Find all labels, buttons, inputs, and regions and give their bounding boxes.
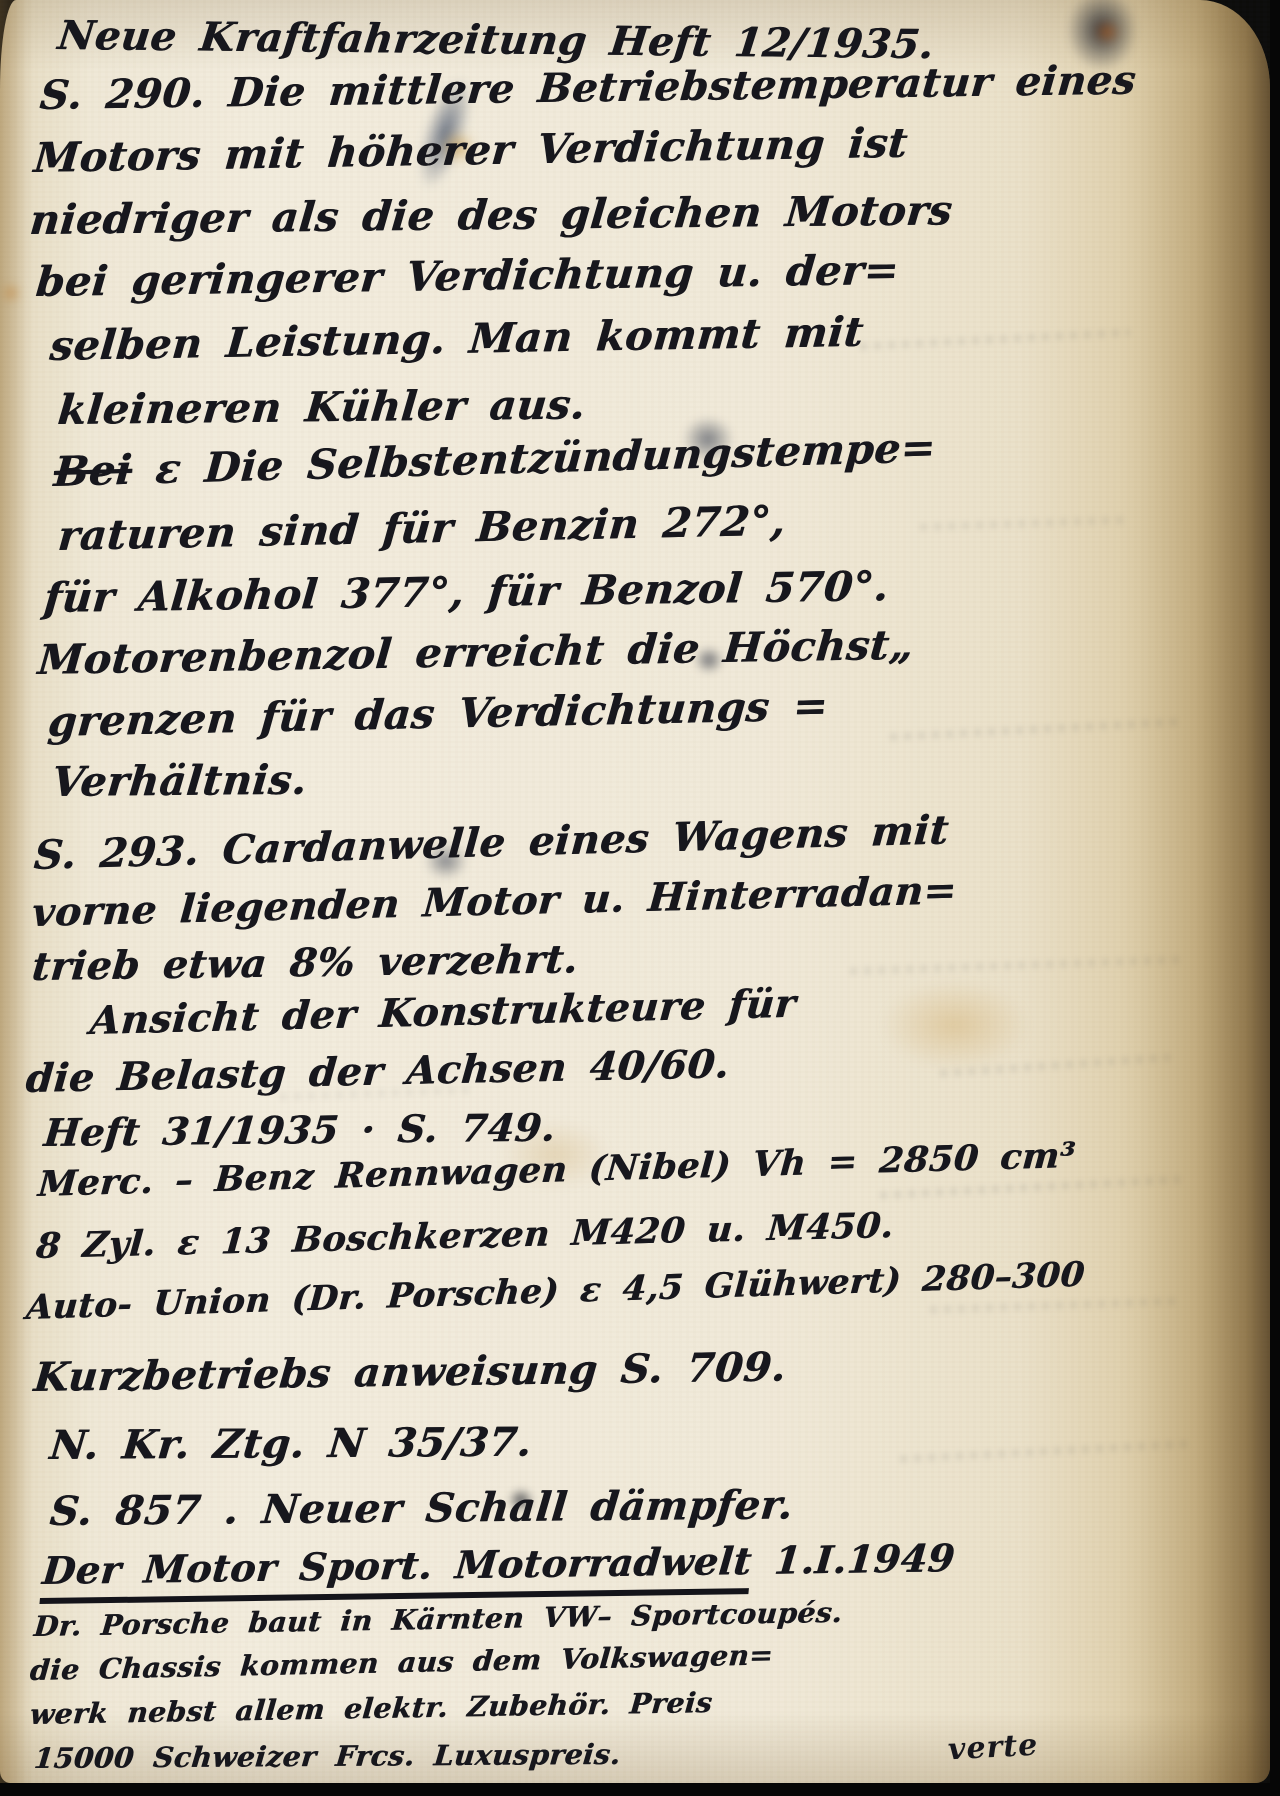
handwritten-text: Dr. Porsche baut in Kärnten VW– Sportcou…	[33, 1596, 844, 1643]
handwritten-text: trieb etwa 8% verzehrt.	[30, 936, 580, 990]
handwritten-line: Motors mit höherer Verdichtung ist	[32, 119, 910, 182]
handwritten-line: kleineren Kühler aus.	[56, 380, 588, 434]
handwritten-text: Auto- Union (Dr. Porsche) ε 4,5 Glühwert…	[25, 1255, 1087, 1328]
handwritten-line: S. 857 . Neuer Schall dämpfer.	[48, 1481, 795, 1535]
handwritten-line: raturen sind für Benzin 272°,	[56, 497, 788, 560]
underlined-text: Der Motor Sport. Motorradwelt	[39, 1538, 753, 1604]
handwritten-line: 15000 Schweizer Frcs. Luxuspreis.	[32, 1738, 622, 1775]
handwritten-line: Neue Kraftfahrzeitung Heft 12/1935.	[55, 12, 936, 68]
handwritten-text: Kurzbetriebs anweisung S. 709.	[32, 1343, 788, 1401]
page-edge-curl	[1120, 0, 1270, 1783]
handwritten-line: Kurzbetriebs anweisung S. 709.	[32, 1343, 788, 1401]
handwritten-text: raturen sind für Benzin 272°,	[56, 497, 788, 560]
handwritten-line: die Chassis kommen aus dem Volkswagen=	[29, 1638, 775, 1687]
handwritten-line: für Alkohol 377°, für Benzol 570°.	[42, 562, 891, 622]
handwritten-text: bei geringerer Verdichtung u. der=	[34, 246, 901, 306]
handwritten-line: vorne liegenden Motor u. Hinterradan=	[30, 867, 958, 936]
handwritten-line: N. Kr. Ztg. N 35/37.	[48, 1419, 534, 1469]
handwritten-text: grenzen für das Verdichtungs =	[46, 682, 830, 746]
handwritten-line: Motorenbenzol erreicht die Höchst„	[36, 621, 916, 684]
handwritten-text: 8 Zyl. ε 13 Boschkerzen M420 u. M450.	[34, 1205, 895, 1267]
struck-text: Bei	[52, 446, 134, 496]
bleedthrough-writing	[900, 1440, 1190, 1462]
handwritten-text: ε Die Selbstentzündungstempe=	[130, 423, 938, 494]
handwritten-text: für Alkohol 377°, für Benzol 570°.	[42, 562, 891, 622]
bleedthrough-writing	[920, 516, 1130, 530]
handwritten-text: werk nebst allem elektr. Zubehör. Preis	[29, 1686, 714, 1731]
handwritten-line: niedriger als die des gleichen Motors	[28, 186, 955, 244]
handwritten-line: Dr. Porsche baut in Kärnten VW– Sportcou…	[33, 1596, 844, 1643]
handwritten-text: Ansicht der Konstrukteure für	[88, 981, 797, 1044]
handwritten-text: Motors mit höherer Verdichtung ist	[32, 119, 910, 182]
handwritten-line: die Belastg der Achsen 40/60.	[24, 1041, 731, 1102]
handwritten-line: trieb etwa 8% verzehrt.	[30, 936, 580, 990]
handwritten-line: 8 Zyl. ε 13 Boschkerzen M420 u. M450.	[34, 1205, 895, 1267]
handwritten-line: werk nebst allem elektr. Zubehör. Preis	[29, 1686, 714, 1731]
handwritten-text: vorne liegenden Motor u. Hinterradan=	[30, 867, 958, 936]
handwritten-text: S. 293. Cardanwelle eines Wagens mit	[32, 806, 950, 879]
handwritten-text: S. 290. Die mittlere Betriebstemperatur …	[38, 57, 1138, 119]
handwritten-line: Heft 31/1935 · S. 749.	[42, 1105, 558, 1155]
handwritten-text: selben Leistung. Man kommt mit	[48, 308, 866, 370]
handwritten-line: bei geringerer Verdichtung u. der=	[34, 246, 901, 306]
handwritten-text: niedriger als die des gleichen Motors	[28, 186, 955, 244]
bleedthrough-writing	[940, 1054, 1170, 1077]
scanned-document: Neue Kraftfahrzeitung Heft 12/1935.S. 29…	[0, 0, 1280, 1796]
handwritten-text: Neue Kraftfahrzeitung Heft 12/1935.	[55, 12, 936, 68]
bleedthrough-writing	[930, 1298, 1180, 1314]
handwritten-line: selben Leistung. Man kommt mit	[48, 308, 866, 370]
handwritten-text: Heft 31/1935 · S. 749.	[42, 1105, 558, 1155]
bleedthrough-writing	[850, 956, 1180, 975]
handwritten-text: N. Kr. Ztg. N 35/37.	[48, 1419, 534, 1469]
handwritten-text: 1.I.1949	[750, 1535, 957, 1583]
paper-stain	[880, 980, 1030, 1070]
bleedthrough-writing	[890, 718, 1180, 740]
bleedthrough-writing	[860, 329, 1130, 350]
handwritten-text: kleineren Kühler aus.	[56, 380, 588, 434]
handwritten-line: Der Motor Sport. Motorradwelt 1.I.1949	[39, 1535, 956, 1604]
page-left-shading	[0, 0, 34, 1783]
handwritten-line: Verhältnis.	[50, 756, 309, 806]
handwritten-text: die Chassis kommen aus dem Volkswagen=	[29, 1638, 775, 1687]
handwritten-line: Bei ε Die Selbstentzündungstempe=	[52, 423, 937, 496]
handwritten-text: die Belastg der Achsen 40/60.	[24, 1041, 731, 1102]
handwritten-line: S. 290. Die mittlere Betriebstemperatur …	[38, 57, 1138, 119]
handwritten-line: Auto- Union (Dr. Porsche) ε 4,5 Glühwert…	[25, 1255, 1087, 1328]
handwritten-text: Verhältnis.	[50, 756, 309, 806]
corner-note-verte: verte	[947, 1728, 1039, 1768]
handwritten-text: Motorenbenzol erreicht die Höchst„	[36, 621, 916, 684]
paper-stain	[1094, 20, 1120, 44]
handwritten-line: S. 293. Cardanwelle eines Wagens mit	[32, 806, 950, 879]
handwritten-text: 15000 Schweizer Frcs. Luxuspreis.	[32, 1738, 622, 1775]
handwritten-text: S. 857 . Neuer Schall dämpfer.	[48, 1481, 795, 1535]
handwritten-line: grenzen für das Verdichtungs =	[46, 682, 830, 746]
handwritten-line: Ansicht der Konstrukteure für	[88, 981, 797, 1044]
paper-stain	[2, 284, 20, 302]
notebook-page: Neue Kraftfahrzeitung Heft 12/1935.S. 29…	[0, 0, 1270, 1783]
